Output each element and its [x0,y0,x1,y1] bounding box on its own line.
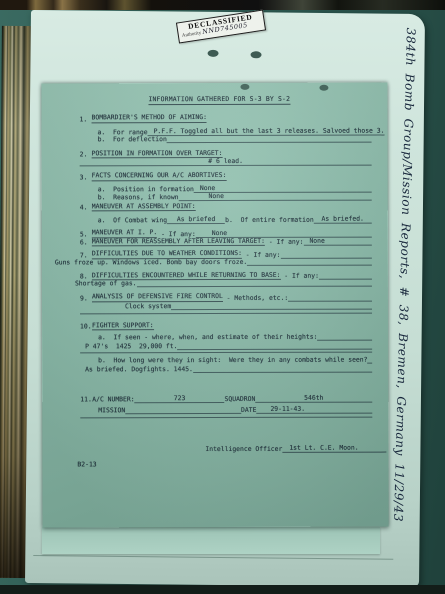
field-label: b. Of entire formation [225,217,314,224]
fill-line [171,307,372,310]
field-value: None [303,238,324,245]
field-value: Guns froze up. Windows iced. Bomb bay do… [55,258,247,266]
question-label: FACTS CONCERNING OUR A/C ABORTIVES: [92,172,227,181]
question-6: 6.MANEUVER FOR REASSEMBLY AFTER LEAVING … [80,237,372,246]
fill-line: None [303,238,371,246]
field-value: As briefed. Dogfights. 1445. [85,366,193,373]
punch-hole [208,50,219,57]
form-title-row: INFORMATION GATHERED FOR S-3 BY S-2 [79,96,371,106]
question-2-answer: # 6 lead. [80,158,372,167]
question-3b: b. Reasons, if knownNone [98,192,372,201]
field-label: b. How long were they in sight: Were the… [98,357,367,365]
form-title: INFORMATION GATHERED FOR S-3 BY S-2 [148,96,290,105]
question-number: 9. [80,295,92,302]
fill-line [167,140,372,143]
form-body: INFORMATION GATHERED FOR S-3 BY S-2 1.BO… [79,83,372,469]
officer-name: 1st Lt. C.E. Moon. [282,445,386,453]
question-suffix: - If any: [265,239,304,246]
field-value: # 6 lead. [204,158,247,165]
fill-line: 723 [135,395,225,403]
field-value: 29-11-43. [256,406,305,413]
field-label: SQUADRON [225,396,256,403]
fill-line: None [179,192,372,201]
field-value: None [194,184,215,191]
question-4-answers: a. Of Combat wingAs briefedb. Of entire … [98,216,372,225]
fill-line [80,416,372,419]
field-value: Shortage of gas. [75,280,137,287]
field-value: None [179,192,224,199]
question-suffix: - If any: [242,251,281,258]
question-label: POSITION IN FORMATION OVER TARGET: [92,149,223,158]
question-label: ANALYSIS OF DEFENSIVE FIRE CONTROL [92,293,223,302]
question-number: 3. [80,174,92,181]
question-label: FIGHTER SUPPORT: [92,322,154,331]
field-label: DATE [241,407,256,414]
fill-line [247,263,372,265]
field-label: MISSION [98,407,125,414]
question-number: 11. [80,396,92,403]
binder-bottom-edge [0,585,445,594]
punch-hole [251,51,262,58]
fill-line [367,362,372,364]
officer-signature-row: Intelligence Officer1st Lt. C.E. Moon. [205,445,372,453]
field-value: As briefed [173,216,220,223]
fill-line [288,299,372,301]
fill-line [80,351,372,354]
question-number: 1. [80,116,92,123]
fill-line: # 6 lead. [80,158,372,167]
field-label: a. If seen - where, when, and estimate o… [98,334,317,342]
question-10b-answer: As briefed. Dogfights. 1445. [85,366,372,374]
question-9-answer: Clock system [125,302,372,310]
question-number: 10. [80,323,92,330]
fill-line: As briefed [167,216,225,224]
question-1b: b. For deflection [98,135,372,143]
field-label: b. For deflection [98,136,167,143]
question-8-answer: Shortage of gas. [75,280,372,288]
field-value: Clock system [125,303,171,310]
blank-rule [80,311,372,314]
question-10a: a. If seen - where, when, and estimate o… [98,334,372,342]
question-11: 11.A/C NUMBER:723SQUADRON546th [80,395,372,404]
field-value: P 47's 1425 29,000 ft. [85,343,177,350]
question-7-answer: Guns froze up. Windows iced. Bomb bay do… [55,258,372,266]
question-number: 4. [80,204,92,211]
question-10a-answer: P 47's 1425 29,000 ft. [85,343,372,351]
fill-line [193,371,372,373]
question-number: 2. [80,151,92,158]
question-10b: b. How long were they in sight: Were the… [98,357,372,365]
field-value: P.F.F. Toggled all but the last 3 releas… [148,127,385,135]
field-value [167,141,173,142]
field-label: b. Reasons, if known [98,194,179,201]
under-page-edge [42,527,380,554]
question-1: 1.BOMBARDIER'S METHOD OF AIMING: [80,114,372,123]
document-page: INFORMATION GATHERED FOR S-3 BY S-2 1.BO… [41,83,388,528]
stamp-authority-label: Authority [182,31,202,39]
fill-line: 546th [255,395,372,403]
question-suffix: - Methods, etc.: [223,294,288,301]
question-label: BOMBARDIER'S METHOD OF AIMING: [92,114,207,123]
fill-line [137,285,372,288]
question-label: MANEUVER FOR REASSEMBLY AFTER LEAVING TA… [92,237,265,246]
question-11-line2: MISSIONDATE29-11-43. [98,406,372,415]
fill-line [319,278,372,280]
field-value: 723 [170,395,190,402]
officer-label: Intelligence Officer [205,446,282,453]
question-3: 3.FACTS CONCERNING OUR A/C ABORTIVES: [80,172,372,181]
page-code: B2-13 [77,461,96,468]
blank-rule [80,351,372,354]
fill-line [125,412,241,414]
question-label: MANEUVER AT ASSEMBLY POINT: [92,203,196,212]
question-4: 4.MANEUVER AT ASSEMBLY POINT: [80,202,372,211]
page-code-row: B2-13 [77,461,372,469]
field-value: None [196,229,227,236]
fill-line: P.F.F. Toggled all but the last 3 releas… [148,127,385,136]
question-number: 5. [80,231,92,238]
fill-line [280,256,371,258]
binder-top-edge [0,0,445,10]
field-value: As briefed. [318,216,368,223]
question-9: 9.ANALYSIS OF DEFENSIVE FIRE CONTROL - M… [80,293,372,302]
question-suffix: - If any: [280,273,319,280]
card-crease [33,555,393,560]
field-label: a. Of Combat wing [98,217,167,224]
field-label: A/C NUMBER: [92,396,134,403]
fill-line: 29-11-43. [256,406,372,414]
question-10: 10.FIGHTER SUPPORT: [80,321,372,330]
fill-line [317,339,372,341]
field-value: 546th [300,395,327,402]
blank-rule [80,416,372,419]
fill-line [80,311,372,314]
fill-line: As briefed. [314,216,372,224]
question-number: 6. [80,239,92,246]
